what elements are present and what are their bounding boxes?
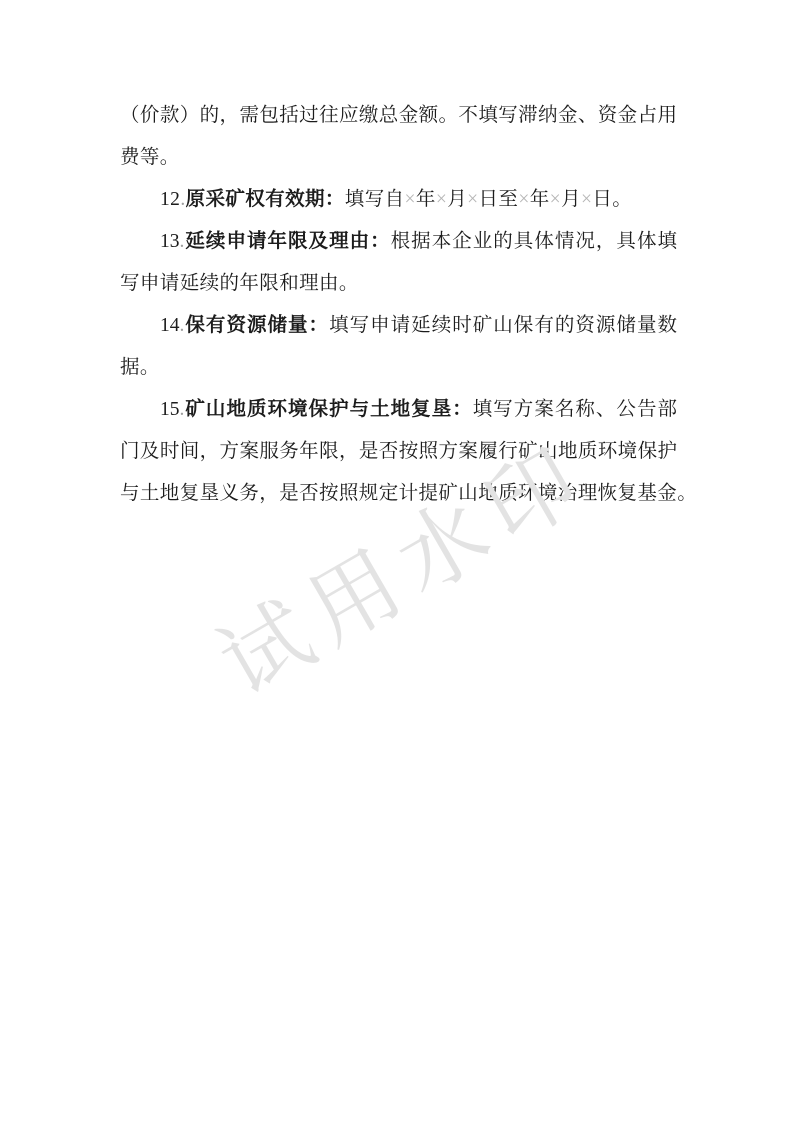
body-text-run: 13 — [160, 231, 180, 252]
body-text-run: 月 — [447, 189, 467, 210]
body-text-run: 写申请延续的年限和理由。 — [120, 273, 359, 294]
document-page: （价款）的，需包括过往应缴总金额。不填写滞纳金、资金占用费等。12.原采矿权有效… — [0, 0, 793, 1122]
text-line: 15.矿山地质环境保护与土地复垦：填写方案名称、公告部 — [120, 389, 677, 431]
text-line: （价款）的，需包括过往应缴总金额。不填写滞纳金、资金占用 — [120, 95, 677, 137]
text-line: 与土地复垦义务，是否按照规定计提矿山地质环境治理恢复基金。 — [120, 473, 677, 515]
placeholder-x-mark: × — [436, 189, 447, 210]
document-body: （价款）的，需包括过往应缴总金额。不填写滞纳金、资金占用费等。12.原采矿权有效… — [120, 95, 677, 515]
body-text-run: 据。 — [120, 357, 160, 378]
body-text-run: 根据本企业的具体情况，具体填 — [391, 231, 677, 252]
text-line: 写申请延续的年限和理由。 — [120, 263, 677, 305]
body-text-run: （价款）的，需包括过往应缴总金额。不填写滞纳金、资金占用 — [120, 105, 677, 126]
item-heading: 矿山地质环境保护与土地复垦： — [184, 399, 472, 420]
body-text-run: 日。 — [592, 189, 632, 210]
text-line: 13.延续申请年限及理由：根据本企业的具体情况，具体填 — [120, 221, 677, 263]
body-text-run: 12 — [160, 189, 180, 210]
placeholder-x-mark: × — [581, 189, 592, 210]
body-text-run: 费等。 — [120, 147, 180, 168]
body-text-run: 填写申请延续时矿山保有的资源储量数 — [329, 315, 677, 336]
body-text-run: 14 — [160, 315, 180, 336]
text-line: 12.原采矿权有效期：填写自×年×月×日至×年×月×日。 — [120, 179, 677, 221]
item-heading: 原采矿权有效期： — [186, 189, 345, 210]
text-line: 14.保有资源储量：填写申请延续时矿山保有的资源储量数 — [120, 305, 677, 347]
text-line: 据。 — [120, 347, 677, 389]
text-line: 费等。 — [120, 137, 677, 179]
body-text-run: 填写方案名称、公告部 — [473, 399, 677, 420]
body-text-run: 年 — [416, 189, 436, 210]
body-text-run: 月 — [561, 189, 581, 210]
placeholder-x-mark: × — [467, 189, 478, 210]
body-text-run: 填写自 — [345, 189, 405, 210]
item-heading: 保有资源储量： — [184, 315, 329, 336]
placeholder-x-mark: × — [550, 189, 561, 210]
body-text-run: 15 — [160, 399, 180, 420]
placeholder-x-mark: × — [405, 189, 416, 210]
text-line: 门及时间，方案服务年限，是否按照方案履行矿山地质环境保护 — [120, 431, 677, 473]
placeholder-x-mark: × — [518, 189, 529, 210]
body-text-run: 门及时间，方案服务年限，是否按照方案履行矿山地质环境保护 — [120, 441, 677, 462]
body-text-run: 日至 — [479, 189, 519, 210]
body-text-run: 年 — [530, 189, 550, 210]
item-heading: 延续申请年限及理由： — [184, 231, 390, 252]
body-text-run: 与土地复垦义务，是否按照规定计提矿山地质环境治理恢复基金。 — [120, 483, 697, 504]
